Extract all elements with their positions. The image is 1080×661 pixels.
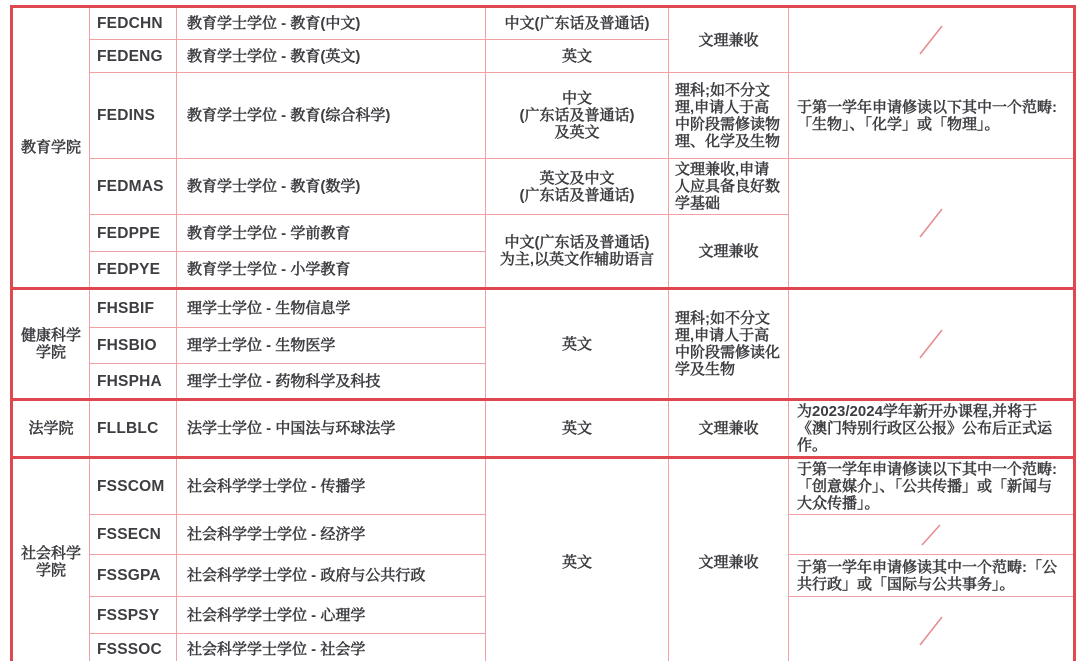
program-fedins: 教育学士学位 - 教育(综合科学) bbox=[177, 73, 486, 159]
note-fhs bbox=[789, 289, 1075, 400]
college-education: 教育学院 bbox=[12, 7, 90, 289]
program-fssecn: 社会科学学士学位 - 经济学 bbox=[177, 515, 486, 555]
code-fedppe: FEDPPE bbox=[90, 215, 177, 252]
program-fhsbio: 理学士学位 - 生物医学 bbox=[177, 328, 486, 364]
college-health-sciences: 健康科学 学院 bbox=[12, 289, 90, 400]
program-fedppe: 教育学士学位 - 学前教育 bbox=[177, 215, 486, 252]
code-fssecn: FSSECN bbox=[90, 515, 177, 555]
code-fedmas: FEDMAS bbox=[90, 159, 177, 215]
language-fedeng: 英文 bbox=[486, 40, 669, 73]
code-fedpye: FEDPYE bbox=[90, 252, 177, 289]
program-fedmas: 教育学士学位 - 教育(数学) bbox=[177, 159, 486, 215]
language-fedppe-fedpye: 中文(广东话及普通话) 为主,以英文作辅助语言 bbox=[486, 215, 669, 289]
college-law: 法学院 bbox=[12, 400, 90, 458]
code-fsspsy: FSSPSY bbox=[90, 597, 177, 634]
programs-table: 教育学院 FEDCHN 教育学士学位 - 教育(中文) 中文(广东话及普通话) … bbox=[10, 5, 1076, 661]
code-fsscom: FSSCOM bbox=[90, 458, 177, 515]
subject-fllblc: 文理兼收 bbox=[669, 400, 789, 458]
subject-fedchn-fedeng: 文理兼收 bbox=[669, 7, 789, 73]
program-fsssoc: 社会科学学士学位 - 社会学 bbox=[177, 634, 486, 661]
language-fedmas: 英文及中文 (广东话及普通话) bbox=[486, 159, 669, 215]
subject-fhs: 理科;如不分文理,申请人于高中阶段需修读化学及生物 bbox=[669, 289, 789, 400]
note-fedchn-fedeng bbox=[789, 7, 1075, 73]
subject-fss: 文理兼收 bbox=[669, 458, 789, 661]
program-fhspha: 理学士学位 - 药物科学及科技 bbox=[177, 364, 486, 400]
program-fhsbif: 理学士学位 - 生物信息学 bbox=[177, 289, 486, 328]
slash-icon bbox=[914, 21, 948, 59]
college-social-sciences: 社会科学 学院 bbox=[12, 458, 90, 661]
program-fedeng: 教育学士学位 - 教育(英文) bbox=[177, 40, 486, 73]
note-fsspsy-fsssoc bbox=[789, 597, 1075, 661]
code-fhsbio: FHSBIO bbox=[90, 328, 177, 364]
subject-fedppe-fedpye: 文理兼收 bbox=[669, 215, 789, 289]
slash-icon bbox=[914, 612, 948, 650]
program-fllblc: 法学士学位 - 中国法与环球法学 bbox=[177, 400, 486, 458]
program-fedchn: 教育学士学位 - 教育(中文) bbox=[177, 7, 486, 40]
language-fss: 英文 bbox=[486, 458, 669, 661]
note-fllblc: 为2023/2024学年新开办课程,并将于《澳门特别行政区公报》公布后正式运作。 bbox=[789, 400, 1075, 458]
programs-table-page: 教育学院 FEDCHN 教育学士学位 - 教育(中文) 中文(广东话及普通话) … bbox=[10, 5, 1076, 661]
slash-icon bbox=[918, 521, 944, 549]
slash-icon bbox=[914, 204, 948, 242]
program-fsspsy: 社会科学学士学位 - 心理学 bbox=[177, 597, 486, 634]
slash-icon bbox=[914, 325, 948, 363]
code-fedins: FEDINS bbox=[90, 73, 177, 159]
note-fedmas-fedppe-fedpye bbox=[789, 159, 1075, 289]
program-fsscom: 社会科学学士学位 - 传播学 bbox=[177, 458, 486, 515]
code-fllblc: FLLBLC bbox=[90, 400, 177, 458]
code-fedeng: FEDENG bbox=[90, 40, 177, 73]
note-fssgpa: 于第一学年申请修读其中一个范畴:「公共行政」或「国际与公共事务」。 bbox=[789, 555, 1075, 597]
subject-fedmas: 文理兼收,申请人应具备良好数学基础 bbox=[669, 159, 789, 215]
language-fhs: 英文 bbox=[486, 289, 669, 400]
language-fedins: 中文 (广东话及普通话) 及英文 bbox=[486, 73, 669, 159]
code-fssgpa: FSSGPA bbox=[90, 555, 177, 597]
code-fhsbif: FHSBIF bbox=[90, 289, 177, 328]
language-fedchn: 中文(广东话及普通话) bbox=[486, 7, 669, 40]
note-fsscom: 于第一学年申请修读以下其中一个范畴:「创意媒介」、「公共传播」或「新闻与大众传播… bbox=[789, 458, 1075, 515]
subject-fedins: 理科;如不分文理,申请人于高中阶段需修读物理、化学及生物 bbox=[669, 73, 789, 159]
program-fssgpa: 社会科学学士学位 - 政府与公共行政 bbox=[177, 555, 486, 597]
code-fhspha: FHSPHA bbox=[90, 364, 177, 400]
program-fedpye: 教育学士学位 - 小学教育 bbox=[177, 252, 486, 289]
language-fllblc: 英文 bbox=[486, 400, 669, 458]
note-fedins: 于第一学年申请修读以下其中一个范畴:「生物」、「化学」或「物理」。 bbox=[789, 73, 1075, 159]
code-fsssoc: FSSSOC bbox=[90, 634, 177, 661]
code-fedchn: FEDCHN bbox=[90, 7, 177, 40]
note-fssecn bbox=[789, 515, 1075, 555]
